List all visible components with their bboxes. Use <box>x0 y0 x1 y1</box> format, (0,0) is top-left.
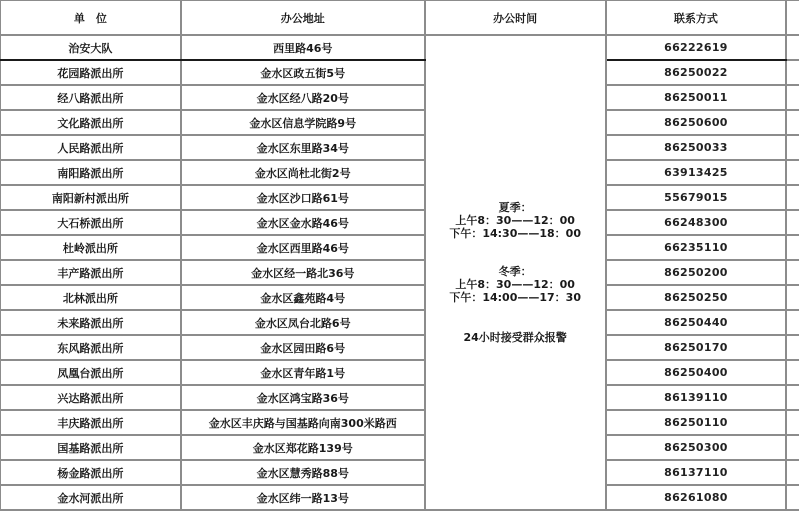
phone-cell: 66235110 <box>606 235 787 260</box>
phone-cell: 86250022 <box>606 60 787 85</box>
table-row: 凤凰台派出所金水区青年路1号86250400 <box>0 360 799 385</box>
unit-cell: 东风路派出所 <box>0 335 181 360</box>
hours-cell: 夏季： 上午8：30——12：00 下午：14:30——18：00 冬季： 上午… <box>425 35 606 510</box>
phone-cell: 86250250 <box>606 285 787 310</box>
phone-cell: 86250170 <box>606 335 787 360</box>
header-hours: 办公时间 <box>425 0 606 35</box>
unit-cell: 兴达路派出所 <box>0 385 181 410</box>
phone-cell: 55679015 <box>606 185 787 210</box>
unit-cell: 文化路派出所 <box>0 110 181 135</box>
extra-cell <box>786 285 799 310</box>
extra-cell <box>786 60 799 85</box>
extra-cell <box>786 235 799 260</box>
header-phone: 联系方式 <box>606 0 787 35</box>
phone-cell: 86250300 <box>606 435 787 460</box>
address-cell: 金水区沙口路61号 <box>181 185 425 210</box>
address-cell: 金水区慧秀路88号 <box>181 460 425 485</box>
unit-cell: 北林派出所 <box>0 285 181 310</box>
table-row: 金水河派出所金水区纬一路13号86261080 <box>0 485 799 510</box>
table-row: 东风路派出所金水区园田路6号86250170 <box>0 335 799 360</box>
address-cell: 金水区尚杜北街2号 <box>181 160 425 185</box>
phone-cell: 63913425 <box>606 160 787 185</box>
extra-cell <box>786 360 799 385</box>
address-cell: 西里路46号 <box>181 35 425 60</box>
header-address: 办公地址 <box>181 0 425 35</box>
phone-cell: 86250200 <box>606 260 787 285</box>
table-row: 治安大队西里路46号 夏季： 上午8：30——12：00 下午：14:30——1… <box>0 35 799 60</box>
extra-cell <box>786 210 799 235</box>
unit-cell: 丰庆路派出所 <box>0 410 181 435</box>
extra-cell <box>786 35 799 60</box>
office-hours: 夏季： 上午8：30——12：00 下午：14:30——18：00 冬季： 上午… <box>426 201 605 344</box>
address-cell: 金水区鸿宝路36号 <box>181 385 425 410</box>
table-row: 大石桥派出所金水区金水路46号66248300 <box>0 210 799 235</box>
address-cell: 金水区青年路1号 <box>181 360 425 385</box>
table-row: 兴达路派出所金水区鸿宝路36号86139110 <box>0 385 799 410</box>
table-row: 国基路派出所金水区郑花路139号86250300 <box>0 435 799 460</box>
address-cell: 金水区园田路6号 <box>181 335 425 360</box>
extra-cell <box>786 110 799 135</box>
address-cell: 金水区鑫苑路4号 <box>181 285 425 310</box>
summer-label: 夏季： <box>426 201 605 214</box>
hours-note: 24小时接受群众报警 <box>426 331 605 344</box>
phone-cell: 86250400 <box>606 360 787 385</box>
table-row: 丰庆路派出所金水区丰庆路与国基路向南300米路西86250110 <box>0 410 799 435</box>
extra-cell <box>786 485 799 510</box>
unit-cell: 杨金路派出所 <box>0 460 181 485</box>
unit-cell: 经八路派出所 <box>0 85 181 110</box>
unit-cell: 花园路派出所 <box>0 60 181 85</box>
extra-cell <box>786 410 799 435</box>
extra-cell <box>786 135 799 160</box>
winter-pm: 下午：14:00——17：30 <box>426 291 605 304</box>
table-row: 北林派出所金水区鑫苑路4号86250250 <box>0 285 799 310</box>
unit-cell: 大石桥派出所 <box>0 210 181 235</box>
table-body: 治安大队西里路46号 夏季： 上午8：30——12：00 下午：14:30——1… <box>0 35 799 510</box>
phone-cell: 86250440 <box>606 310 787 335</box>
extra-cell <box>786 260 799 285</box>
phone-cell: 86250110 <box>606 410 787 435</box>
address-cell: 金水区经八路20号 <box>181 85 425 110</box>
unit-cell: 南阳新村派出所 <box>0 185 181 210</box>
unit-cell: 治安大队 <box>0 35 181 60</box>
unit-cell: 未来路派出所 <box>0 310 181 335</box>
header-row: 单 位 办公地址 办公时间 联系方式 <box>0 0 799 35</box>
address-cell: 金水区东里路34号 <box>181 135 425 160</box>
table-row: 未来路派出所金水区凤台北路6号86250440 <box>0 310 799 335</box>
unit-cell: 人民路派出所 <box>0 135 181 160</box>
summer-am: 上午8：30——12：00 <box>426 214 605 227</box>
phone-cell: 66222619 <box>606 35 787 60</box>
header-unit: 单 位 <box>0 0 181 35</box>
extra-cell <box>786 435 799 460</box>
table-row: 丰产路派出所金水区经一路北36号86250200 <box>0 260 799 285</box>
address-cell: 金水区金水路46号 <box>181 210 425 235</box>
extra-cell <box>786 335 799 360</box>
extra-cell <box>786 85 799 110</box>
table-row: 南阳路派出所金水区尚杜北街2号63913425 <box>0 160 799 185</box>
phone-cell: 86139110 <box>606 385 787 410</box>
extra-cell <box>786 310 799 335</box>
unit-cell: 国基路派出所 <box>0 435 181 460</box>
address-cell: 金水区丰庆路与国基路向南300米路西 <box>181 410 425 435</box>
address-cell: 金水区西里路46号 <box>181 235 425 260</box>
address-cell: 金水区经一路北36号 <box>181 260 425 285</box>
extra-cell <box>786 160 799 185</box>
table-row: 人民路派出所金水区东里路34号86250033 <box>0 135 799 160</box>
phone-cell: 86250033 <box>606 135 787 160</box>
unit-cell: 杜岭派出所 <box>0 235 181 260</box>
address-cell: 金水区郑花路139号 <box>181 435 425 460</box>
phone-cell: 86250600 <box>606 110 787 135</box>
unit-cell: 金水河派出所 <box>0 485 181 510</box>
extra-cell <box>786 460 799 485</box>
unit-cell: 丰产路派出所 <box>0 260 181 285</box>
extra-cell <box>786 385 799 410</box>
phone-cell: 86137110 <box>606 460 787 485</box>
winter-am: 上午8：30——12：00 <box>426 278 605 291</box>
table-row: 经八路派出所金水区经八路20号86250011 <box>0 85 799 110</box>
summer-pm: 下午：14:30——18：00 <box>426 227 605 240</box>
phone-cell: 66248300 <box>606 210 787 235</box>
unit-cell: 南阳路派出所 <box>0 160 181 185</box>
header-extra <box>786 0 799 35</box>
phone-cell: 86261080 <box>606 485 787 510</box>
address-cell: 金水区凤台北路6号 <box>181 310 425 335</box>
extra-cell <box>786 185 799 210</box>
phone-cell: 86250011 <box>606 85 787 110</box>
winter-label: 冬季： <box>426 265 605 278</box>
address-cell: 金水区纬一路13号 <box>181 485 425 510</box>
table-row: 杜岭派出所金水区西里路46号66235110 <box>0 235 799 260</box>
table-row: 花园路派出所金水区政五街5号86250022 <box>0 60 799 85</box>
police-stations-table: 单 位 办公地址 办公时间 联系方式 治安大队西里路46号 夏季： 上午8：30… <box>0 0 799 511</box>
address-cell: 金水区信息学院路9号 <box>181 110 425 135</box>
table-row: 南阳新村派出所金水区沙口路61号55679015 <box>0 185 799 210</box>
address-cell: 金水区政五街5号 <box>181 60 425 85</box>
unit-cell: 凤凰台派出所 <box>0 360 181 385</box>
table-row: 文化路派出所金水区信息学院路9号86250600 <box>0 110 799 135</box>
table-row: 杨金路派出所金水区慧秀路88号86137110 <box>0 460 799 485</box>
